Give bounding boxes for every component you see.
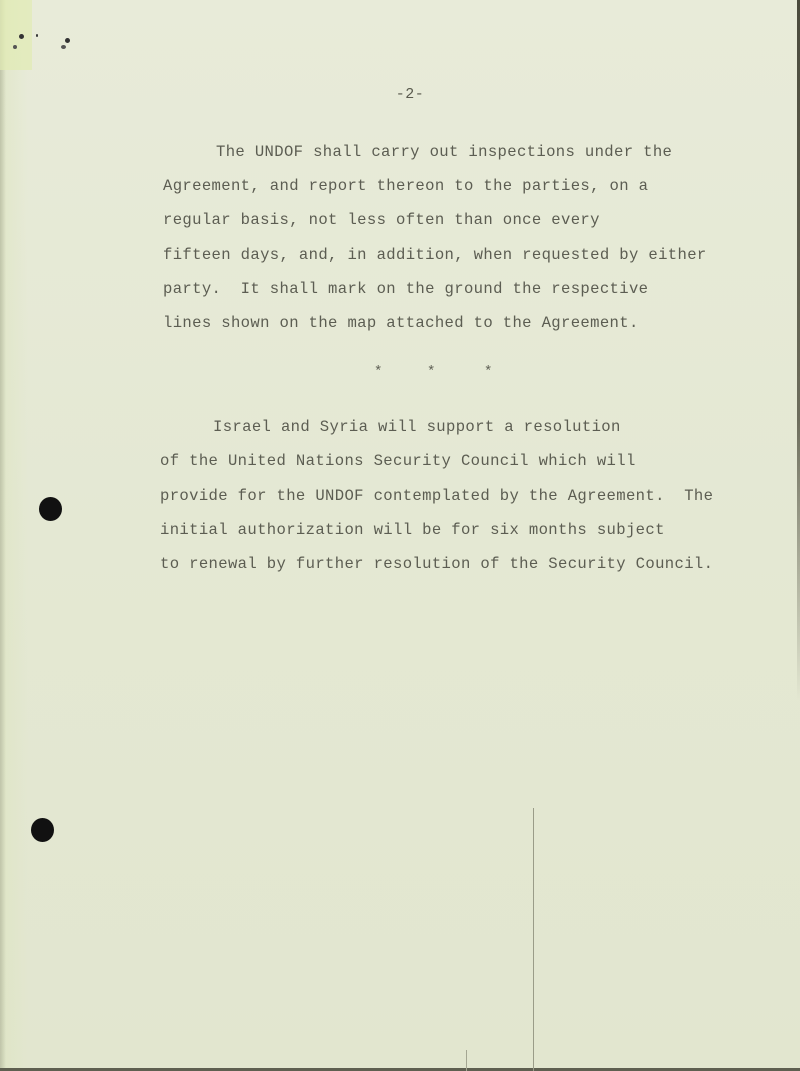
text-line: of the United Nations Security Council w… <box>160 451 636 471</box>
page-number: -2- <box>0 86 800 103</box>
speck-mark <box>61 45 66 49</box>
left-edge-shadow <box>0 0 6 1071</box>
text-line: The UNDOF shall carry out inspections un… <box>216 142 672 162</box>
corner-discoloration <box>0 0 32 70</box>
text-line: fifteen days, and, in addition, when req… <box>163 245 707 265</box>
text-line: Agreement, and report thereon to the par… <box>163 176 648 196</box>
text-line: party. It shall mark on the ground the r… <box>163 279 648 299</box>
asterisk-icon: * <box>427 364 435 380</box>
text-line: to renewal by further resolution of the … <box>160 554 713 574</box>
paper-crease-line <box>533 808 534 1071</box>
text-line: initial authorization will be for six mo… <box>160 520 665 540</box>
speck-mark <box>13 45 17 49</box>
punch-hole-icon <box>31 818 54 842</box>
text-line: lines shown on the map attached to the A… <box>163 313 639 333</box>
text-line: Israel and Syria will support a resoluti… <box>213 417 621 437</box>
punch-hole-icon <box>39 497 62 521</box>
asterisk-icon: * <box>484 364 492 380</box>
speck-mark <box>65 38 70 43</box>
text-line: regular basis, not less often than once … <box>163 210 600 230</box>
document-page: -2- The UNDOF shall carry out inspection… <box>0 0 800 1071</box>
speck-mark <box>19 34 24 39</box>
text-line: provide for the UNDOF contemplated by th… <box>160 486 713 506</box>
paper-crease-line-short <box>466 1050 467 1071</box>
asterisk-icon: * <box>374 364 382 380</box>
speck-mark <box>36 34 38 37</box>
